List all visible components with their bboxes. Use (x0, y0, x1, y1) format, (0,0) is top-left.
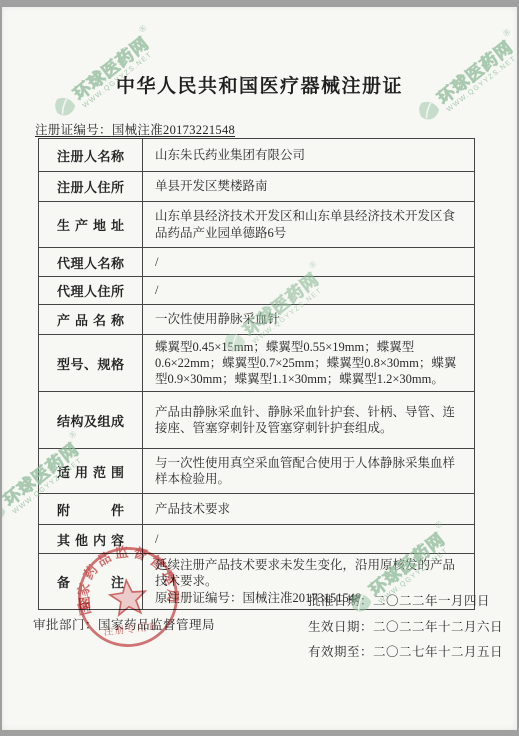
effective-date-line: 生效日期：二〇二二年十二月六日 (308, 617, 503, 643)
field-value: 山东朱氏药业集团有限公司 (143, 139, 474, 171)
field-value-text: 山东朱氏药业集团有限公司 (155, 147, 464, 163)
field-value-text: 产品由静脉采血针、静脉采血针护套、针柄、导管、连接座、管塞穿刺针及管塞穿刺针护套… (155, 404, 464, 437)
field-label-text: 代理人住所 (57, 281, 124, 300)
field-label-text: 注册人住所 (57, 177, 124, 196)
expiry-date-value: 二〇二七年十二月五日 (373, 645, 503, 659)
field-label: 附件 (39, 494, 143, 524)
field-value-text: / (155, 254, 464, 270)
field-value: / (143, 525, 474, 553)
certificate-number-line: 注册证编号：国械注准20173221548 (35, 120, 235, 138)
registered-mark: ® (137, 23, 148, 34)
field-label-text: 代理人名称 (57, 253, 124, 272)
table-row: 产品名称一次性使用静脉采血针 (39, 304, 474, 334)
field-label: 适用范围 (39, 449, 143, 493)
field-label: 型号、规格 (39, 335, 143, 391)
certificate-page: 环球医药网® WWW.QGYYZS.NET 环球医药网® WWW.QGYYZS.… (2, 7, 517, 730)
table-row: 型号、规格蝶翼型0.45×15mm；蝶翼型0.55×19mm；蝶翼型0.6×22… (39, 334, 474, 391)
table-row: 生产地址山东单县经济技术开发区和山东单县经济技术开发区食品药品产业园单德路6号 (39, 201, 474, 247)
field-value: 蝶翼型0.45×15mm；蝶翼型0.55×19mm；蝶翼型0.6×22mm；蝶翼… (143, 335, 474, 391)
certificate-number: 国械注准20173221548 (112, 123, 235, 137)
table-row: 注册人名称山东朱氏药业集团有限公司 (39, 139, 474, 171)
table-row: 注册人住所单县开发区樊楼路南 (39, 171, 474, 201)
page-title: 中华人民共和国医疗器械注册证 (2, 71, 517, 98)
table-row: 代理人住所/ (39, 276, 474, 304)
field-value-text: 产品技术要求 (155, 501, 464, 517)
field-label: 生产地址 (39, 202, 143, 247)
field-value: 单县开发区樊楼路南 (143, 172, 474, 201)
field-label: 注册人住所 (39, 172, 143, 201)
stamp-sub-text: 注册专用章 (103, 619, 160, 638)
registration-table: 注册人名称山东朱氏药业集团有限公司注册人住所单县开发区樊楼路南生产地址山东单县经… (38, 138, 475, 610)
table-row: 附件产品技术要求 (39, 493, 474, 524)
expiry-date-line: 有效期至：二〇二七年十二月五日 (308, 642, 503, 668)
field-label: 代理人名称 (39, 248, 143, 276)
table-row: 适用范围与一次性使用真空采血管配合使用于人体静脉采集血样样本检验用。 (39, 448, 474, 493)
field-label: 结构及组成 (39, 392, 143, 448)
field-label-text: 附件 (57, 500, 124, 519)
approval-date-line: 批准日期：二〇二二年一月四日 (308, 591, 503, 617)
field-value-text: / (155, 282, 464, 298)
field-value-text: 蝶翼型0.45×15mm；蝶翼型0.55×19mm；蝶翼型0.6×22mm；蝶翼… (155, 339, 464, 388)
certificate-number-label: 注册证编号： (35, 123, 112, 137)
field-label-text: 产品名称 (57, 310, 124, 329)
star-icon (109, 578, 148, 615)
table-row: 结构及组成产品由静脉采血针、静脉采血针护套、针柄、导管、连接座、管塞穿刺针及管塞… (39, 391, 474, 448)
field-label-text: 适用范围 (57, 462, 124, 481)
field-value-text: 一次性使用静脉采血针 (155, 311, 464, 327)
field-value: 与一次性使用真空采血管配合使用于人体静脉采集血样样本检验用。 (143, 449, 474, 493)
field-label-text: 型号、规格 (57, 354, 124, 373)
registered-mark: ® (501, 27, 512, 38)
approval-date-value: 二〇二二年一月四日 (373, 594, 490, 608)
field-value-text: 与一次性使用真空采血管配合使用于人体静脉采集血样样本检验用。 (155, 455, 464, 488)
approval-date-label: 批准日期： (308, 594, 373, 608)
date-block: 批准日期：二〇二二年一月四日 生效日期：二〇二二年十二月六日 有效期至：二〇二七… (308, 591, 503, 668)
field-value-text: 山东单县经济技术开发区和山东单县经济技术开发区食品药品产业园单德路6号 (155, 208, 464, 241)
field-value-text: 单县开发区樊楼路南 (155, 178, 464, 194)
watermark-leaf-icon (410, 93, 450, 133)
field-value: 一次性使用静脉采血针 (143, 305, 474, 334)
field-value: 产品技术要求 (143, 494, 474, 524)
watermark-leaf-icon (2, 495, 15, 535)
field-value: 产品由静脉采血针、静脉采血针护套、针柄、导管、连接座、管塞穿刺针及管塞穿刺针护套… (143, 392, 474, 448)
expiry-date-label: 有效期至： (308, 645, 373, 659)
field-value: / (143, 248, 474, 276)
stamp-mark: 图 (77, 592, 92, 612)
field-value: 山东单县经济技术开发区和山东单县经济技术开发区食品药品产业园单德路6号 (143, 202, 474, 247)
field-value-text: / (155, 531, 464, 547)
field-label-text: 注册人名称 (57, 146, 124, 165)
field-label-text: 生产地址 (57, 215, 124, 234)
field-label: 代理人住所 (39, 277, 143, 304)
table-row: 代理人名称/ (39, 247, 474, 276)
effective-date-value: 二〇二二年十二月六日 (373, 620, 503, 634)
scanned-certificate-screenshot: { "page": { "title": "中华人民共和国医疗器械注册证", "… (0, 0, 519, 736)
field-value: / (143, 277, 474, 304)
field-label-text: 结构及组成 (57, 411, 124, 430)
field-label: 产品名称 (39, 305, 143, 334)
effective-date-label: 生效日期： (308, 620, 373, 634)
field-label: 注册人名称 (39, 139, 143, 171)
